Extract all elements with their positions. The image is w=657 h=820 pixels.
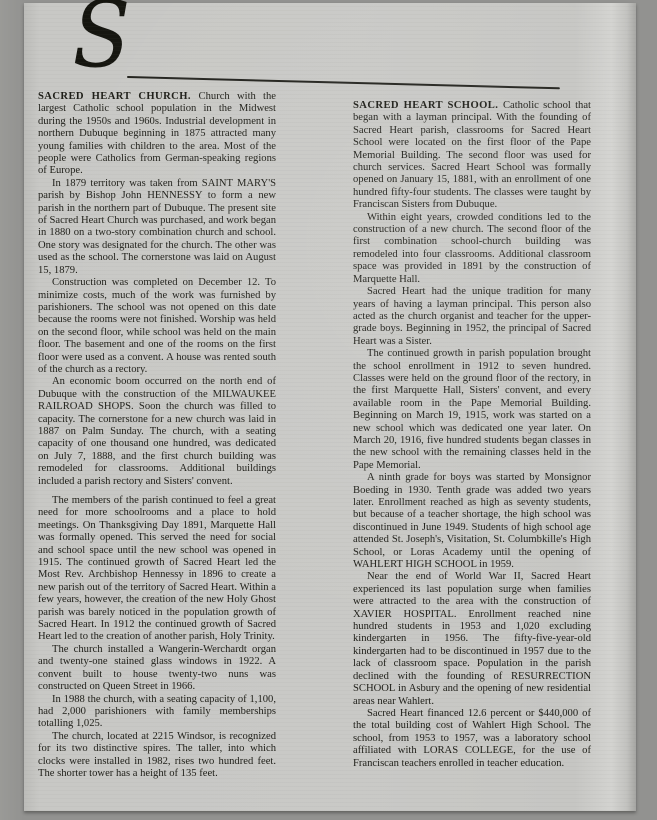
paragraph: Within eight years, crowded conditions l…: [353, 212, 591, 286]
section-divider-rule: [127, 76, 560, 89]
paragraph: Near the end of World War II, Sacred Hea…: [353, 571, 591, 707]
paragraph: In 1988 the church, with a seating capac…: [38, 694, 276, 731]
paragraph: Construction was completed on December 1…: [38, 277, 276, 376]
column-sacred-heart-school: SACRED HEART SCHOOL. Catholic school tha…: [353, 100, 591, 780]
entry-title: SACRED HEART CHURCH.: [38, 91, 199, 102]
paragraph: The church installed a Wangerin-Werchard…: [38, 644, 276, 694]
section-letter-s: S: [73, 0, 131, 81]
paragraph: The church, located at 2215 Windsor, is …: [38, 731, 276, 781]
paragraph: The continued growth in parish populatio…: [353, 348, 591, 472]
paragraph: SACRED HEART SCHOOL. Catholic school tha…: [353, 100, 591, 212]
paragraph: Sacred Heart financed 12.6 percent or $4…: [353, 708, 591, 770]
paragraph: Sacred Heart had the unique tradition fo…: [353, 286, 591, 348]
column-sacred-heart-church: SACRED HEART CHURCH. Church with the lar…: [38, 91, 276, 780]
paragraph: An economic boom occurred on the north e…: [38, 376, 276, 488]
paragraph: The members of the parish continued to f…: [38, 495, 276, 644]
paragraph: SACRED HEART CHURCH. Church with the lar…: [38, 91, 276, 178]
paragraph: In 1879 territory was taken from SAINT M…: [38, 178, 276, 277]
entry-title: SACRED HEART SCHOOL.: [353, 100, 503, 111]
scanned-page: S SACRED HEART CHURCH. Church with the l…: [24, 3, 636, 811]
paragraph: A ninth grade for boys was started by Mo…: [353, 472, 591, 571]
article-columns: SACRED HEART CHURCH. Church with the lar…: [38, 91, 614, 780]
